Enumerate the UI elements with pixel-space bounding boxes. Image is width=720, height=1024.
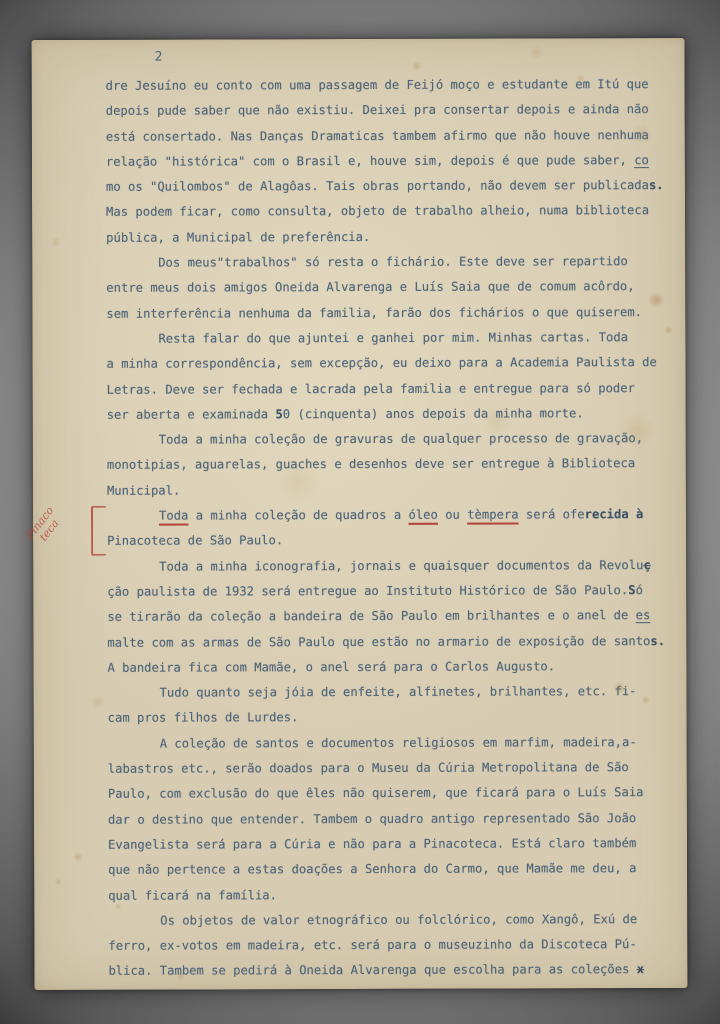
typed-line: mo os "Quilombos" de Alagôas. Tais obras… bbox=[106, 173, 672, 200]
typed-line: relação "histórica" com o Brasil e, houv… bbox=[106, 148, 672, 175]
typed-line: depois pude saber que não existiu. Deixe… bbox=[106, 97, 672, 124]
typed-line: ser aberta e examinada 50 (cinquenta) an… bbox=[107, 401, 673, 428]
document-page: 2 Pinaco teca dre Jesuíno eu conto com u… bbox=[32, 38, 688, 990]
typed-line: Toda a minha coleção de gravuras de qual… bbox=[107, 426, 673, 453]
typed-line: entre meus dois amigos Oneida Alvarenga … bbox=[106, 274, 672, 301]
typed-line: cam pros filhos de Lurdes. bbox=[108, 704, 674, 731]
typed-line: pública, a Municipal de preferência. bbox=[106, 224, 672, 251]
typed-line: labastros etc., serão doados para o Muse… bbox=[108, 755, 674, 782]
typed-line: sem interferência nenhuma da familia, fa… bbox=[106, 300, 672, 327]
typed-line: Letras. Deve ser fechada e lacrada pela … bbox=[107, 376, 673, 403]
typed-line: Toda a minha coleção de quadros a óleo o… bbox=[107, 502, 673, 529]
typed-line: A bandeira fica com Mamãe, o anel será p… bbox=[107, 654, 673, 681]
typed-line: ferro, ex-votos em madeira, etc. será pa… bbox=[108, 932, 674, 959]
red-margin-note: Pinaco teca bbox=[17, 496, 101, 580]
typed-line: que não pertence a estas doações a Senho… bbox=[108, 856, 674, 883]
typed-line: Tudo quanto seja jóia de enfeite, alfine… bbox=[108, 679, 674, 706]
page-number: 2 bbox=[155, 50, 163, 65]
typed-line: Os objetos de valor etnográfico ou folcl… bbox=[108, 907, 674, 934]
typed-line: A coleção de santos e documentos religio… bbox=[108, 730, 674, 757]
typed-line: Municipal. bbox=[107, 477, 673, 504]
typed-line: ção paulista de 1932 será entregue ao In… bbox=[107, 578, 673, 605]
typed-line: Resta falar do que ajuntei e ganhei por … bbox=[106, 325, 672, 352]
typed-line: está consertado. Nas Danças Dramaticas t… bbox=[106, 123, 672, 150]
typed-line: qual ficará na família. bbox=[108, 882, 674, 909]
typed-text-block: dre Jesuíno eu conto com uma passagem de… bbox=[106, 72, 675, 984]
typed-line: monotipias, aguarelas, guaches e desenho… bbox=[107, 451, 673, 478]
typed-line: Evangelista será para a Cúria e não para… bbox=[108, 831, 674, 858]
typed-line: dar o destino que entender. Tambem o qua… bbox=[108, 806, 674, 833]
typed-line: Paulo, com exclusão do que êles não quis… bbox=[108, 780, 674, 807]
typed-line: se tirarão da coleção a bandeira de São … bbox=[107, 603, 673, 630]
typed-line: malte com as armas de São Paulo que estã… bbox=[107, 629, 673, 656]
typed-line: a minha correspondência, sem excepção, e… bbox=[106, 350, 672, 377]
typed-line: Pinacoteca de São Paulo. bbox=[107, 527, 673, 554]
typed-line: dre Jesuíno eu conto com uma passagem de… bbox=[106, 72, 672, 99]
typed-line: Dos meus"trabalhos" só resta o fichário.… bbox=[106, 249, 672, 276]
typed-line: blica. Tambem se pedirá à Oneida Alvaren… bbox=[108, 957, 674, 984]
typed-line: Toda a minha iconografia, jornais e quai… bbox=[107, 553, 673, 580]
photo-mount: 2 Pinaco teca dre Jesuíno eu conto com u… bbox=[0, 0, 720, 1024]
typed-line: Mas podem ficar, como consulta, objeto d… bbox=[106, 199, 672, 226]
